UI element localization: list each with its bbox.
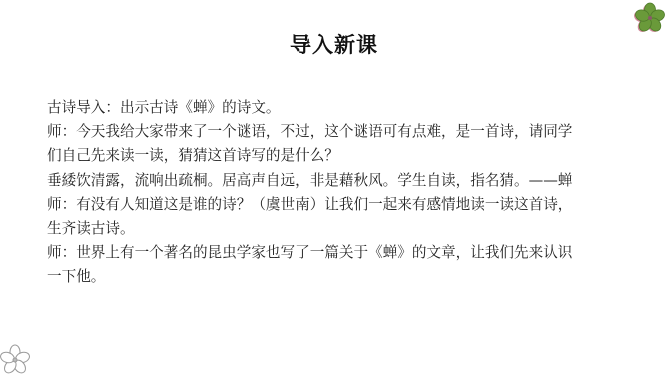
text-line: 师：世界上有一个著名的昆虫学家也写了一篇关于《蝉》的文章，让我们先来认识 <box>47 241 657 265</box>
text-line: 们自己先来读一读，猜猜这首诗写的是什么？ <box>47 144 657 168</box>
text-line: 师：今天我给大家带来了一个谜语，不过，这个谜语可有点难，是一首诗，请同学 <box>47 120 657 144</box>
text-line: 垂緌饮清露，流响出疏桐。居高声自远，非是藉秋风。学生自读，指名猜。——蝉 <box>47 169 657 193</box>
text-line: 古诗导入：出示古诗《蝉》的诗文。 <box>47 96 657 120</box>
green-clover-icon <box>632 1 668 35</box>
slide-title: 导入新课 <box>0 29 668 59</box>
white-flower-icon <box>0 342 32 376</box>
text-line: 一下他。 <box>47 265 657 289</box>
slide-body: 古诗导入：出示古诗《蝉》的诗文。 师：今天我给大家带来了一个谜语，不过，这个谜语… <box>47 96 657 290</box>
text-line: 生齐读古诗。 <box>47 217 657 241</box>
text-line: 师：有没有人知道这是谁的诗？（虞世南）让我们一起来有感情地读一读这首诗， <box>47 193 657 217</box>
